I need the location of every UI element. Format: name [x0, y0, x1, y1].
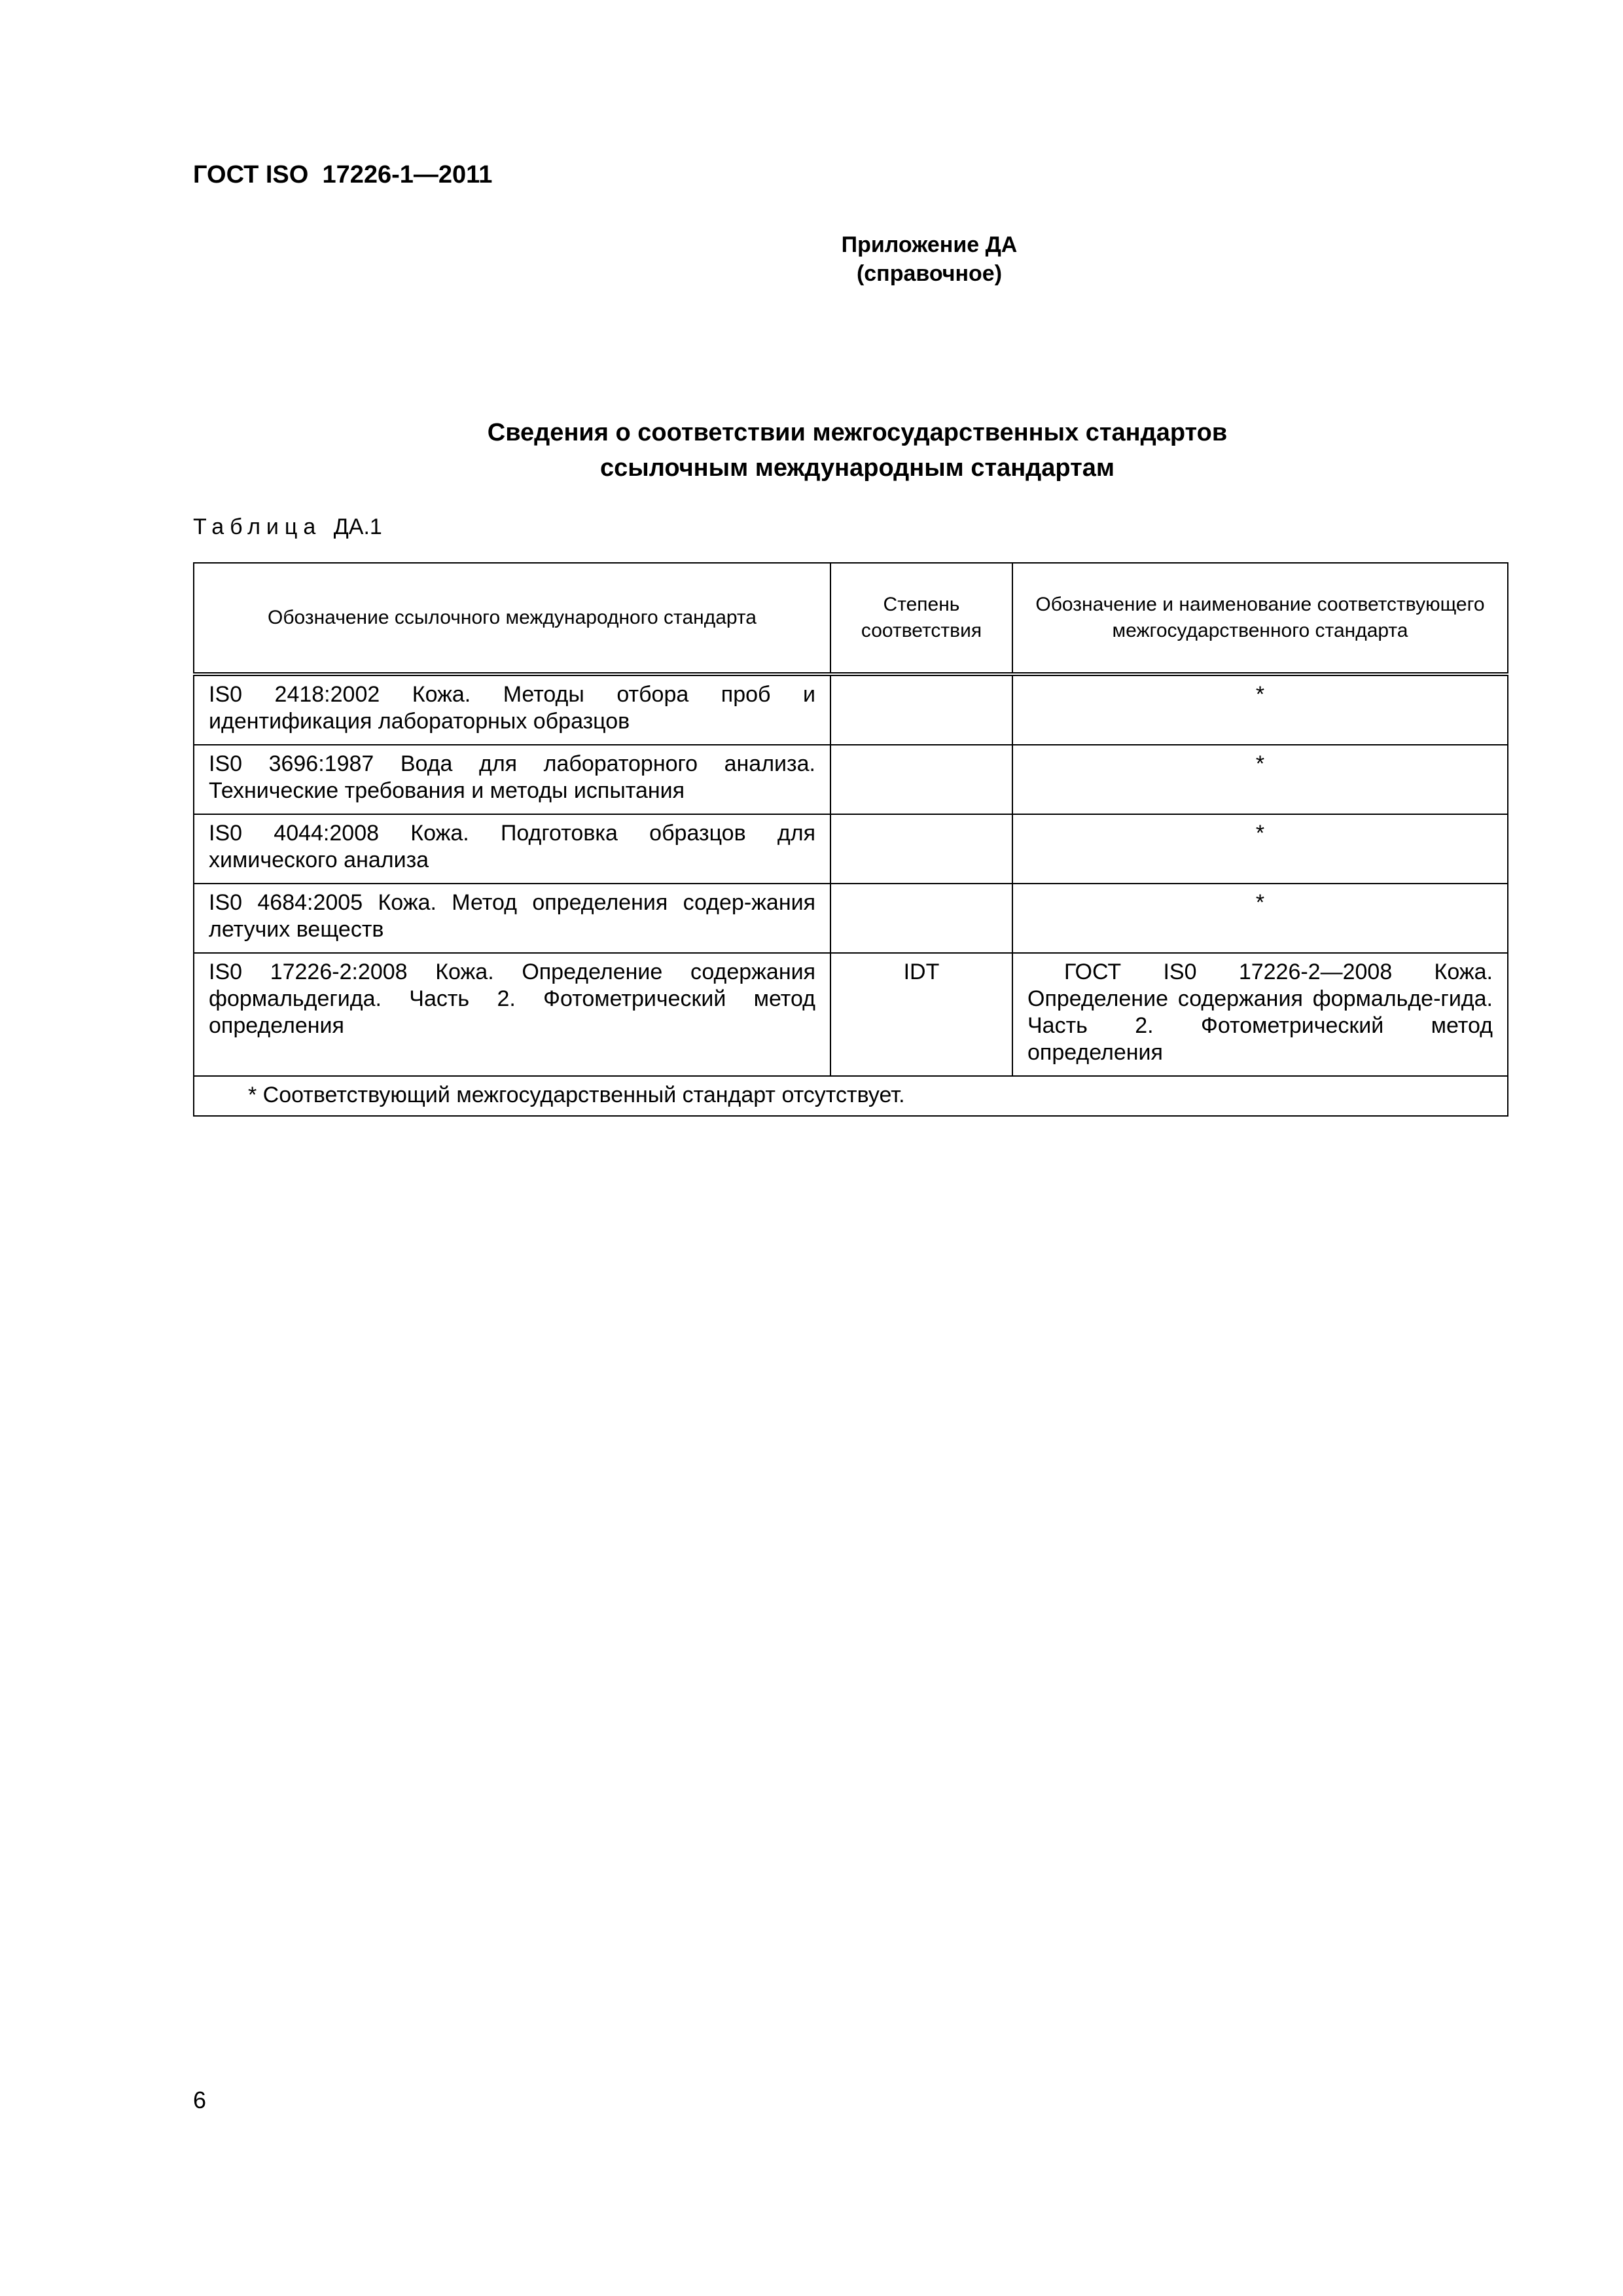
cell-degree [830, 884, 1012, 953]
table-caption-label: Таблица [193, 514, 321, 539]
table-row: IS0 2418:2002 Кожа. Методы отбора проб и… [194, 674, 1508, 745]
cell-reference: IS0 4044:2008 Кожа. Подготовка образцов … [194, 814, 830, 884]
cell-degree [830, 745, 1012, 814]
section-title: Сведения о соответствии межгосударственн… [327, 415, 1387, 486]
correspondence-table: Обозначение ссылочного международного ст… [193, 562, 1508, 1117]
page-number: 6 [193, 2087, 206, 2114]
header-reference-standard: Обозначение ссылочного международного ст… [194, 563, 830, 674]
cell-interstate: ГОСТ IS0 17226-2—2008 Кожа. Определение … [1012, 953, 1508, 1076]
cell-interstate: * [1012, 814, 1508, 884]
table-footnote-row: * Соответствующий межгосударственный ста… [194, 1076, 1508, 1116]
cell-interstate: * [1012, 884, 1508, 953]
document-code: ГОСТ ISO 17226-1—2011 [193, 161, 492, 189]
cell-degree [830, 814, 1012, 884]
header-interstate-standard: Обозначение и наименование соответствующ… [1012, 563, 1508, 674]
cell-degree: IDT [830, 953, 1012, 1076]
cell-interstate: * [1012, 745, 1508, 814]
cell-reference: IS0 2418:2002 Кожа. Методы отбора проб и… [194, 674, 830, 745]
annex-type: (справочное) [654, 259, 1204, 288]
table-row: IS0 3696:1987 Вода для лабораторного ана… [194, 745, 1508, 814]
cell-interstate: * [1012, 674, 1508, 745]
table-row: IS0 4044:2008 Кожа. Подготовка образцов … [194, 814, 1508, 884]
cell-reference: IS0 4684:2005 Кожа. Метод определения со… [194, 884, 830, 953]
header-degree-of-correspondence: Степень соответствия [830, 563, 1012, 674]
cell-reference: IS0 3696:1987 Вода для лабораторного ана… [194, 745, 830, 814]
annex-title: Приложение ДА [654, 230, 1204, 259]
table-row: IS0 17226-2:2008 Кожа. Определение содер… [194, 953, 1508, 1076]
cell-degree [830, 674, 1012, 745]
annex-heading: Приложение ДА (справочное) [654, 230, 1204, 288]
table-caption: Таблица ДА.1 [193, 514, 382, 540]
table-footnote: * Соответствующий межгосударственный ста… [194, 1076, 1508, 1116]
table-caption-number: ДА.1 [334, 514, 382, 539]
table-header-row: Обозначение ссылочного международного ст… [194, 563, 1508, 674]
table-row: IS0 4684:2005 Кожа. Метод определения со… [194, 884, 1508, 953]
section-title-line-1: Сведения о соответствии межгосударственн… [327, 415, 1387, 450]
section-title-line-2: ссылочным международным стандартам [327, 450, 1387, 486]
cell-reference: IS0 17226-2:2008 Кожа. Определение содер… [194, 953, 830, 1076]
